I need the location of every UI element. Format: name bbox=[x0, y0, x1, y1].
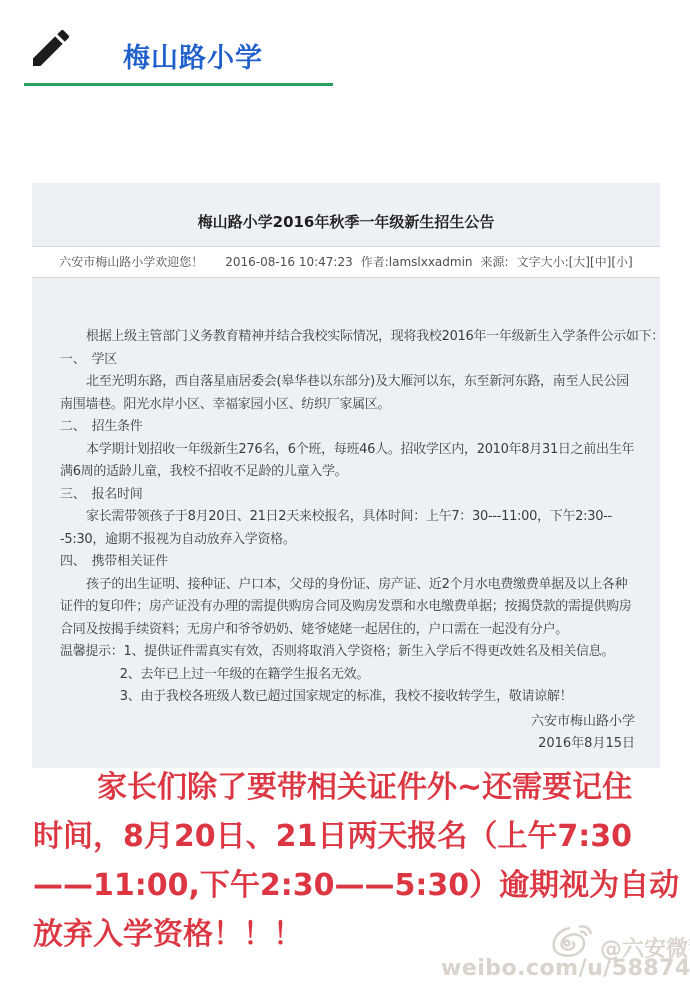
red-note-line: ——11:00,下午2:30——5:30）逾期视为自动 bbox=[33, 861, 683, 910]
school-title-link[interactable]: 梅山路小学 bbox=[123, 36, 263, 75]
font-size-medium-button[interactable]: [中] bbox=[590, 255, 611, 269]
author-label: 作者: bbox=[361, 255, 389, 269]
doc-section-heading-2: 二、 招生条件 bbox=[60, 416, 635, 439]
doc-paragraph-schedule: 家长需带领孩子于8月20日、21日2天来校报名，具体时间：上午7：30---11… bbox=[60, 506, 635, 551]
signoff-date: 2016年8月15日 bbox=[60, 733, 635, 756]
doc-paragraph-intro: 根据上级主管部门义务教育精神并结合我校实际情况，现将我校2016年一年级新生入学… bbox=[60, 326, 635, 349]
font-size-large-button[interactable]: [大] bbox=[569, 255, 590, 269]
doc-section-heading-1: 一、 学区 bbox=[60, 349, 635, 372]
author-value: lamslxxadmin bbox=[389, 255, 473, 269]
doc-paragraph-conditions: 本学期计划招收一年级新生276名，6个班，每班46人。招收学区内，2010年8月… bbox=[60, 439, 635, 484]
red-note-line: 家长们除了要带相关证件外~还需要记住 bbox=[33, 763, 683, 812]
announcement-panel: 梅山路小学2016年秋季一年级新生招生公告 六安市梅山路小学欢迎您！2016-0… bbox=[32, 183, 660, 768]
announcement-title: 梅山路小学2016年秋季一年级新生招生公告 bbox=[32, 183, 660, 232]
doc-tip-line-2: 2、去年已上过一年级的在籍学生报名无效。 bbox=[60, 664, 635, 687]
doc-paragraph-documents: 孩子的出生证明、接种证、户口本，父母的身份证、房产证、近2个月水电费缴费单据及以… bbox=[60, 574, 635, 642]
doc-paragraph-district: 北至光明东路，西自落星庙居委会(皋华巷以东部分)及大雁河以东，东至新河东路，南至… bbox=[60, 371, 635, 416]
textsize-label: 文字大小: bbox=[517, 255, 569, 269]
font-size-small-button[interactable]: [小] bbox=[611, 255, 632, 269]
announcement-body: 根据上级主管部门义务教育精神并结合我校实际情况，现将我校2016年一年级新生入学… bbox=[60, 326, 635, 709]
meta-bar: 六安市梅山路小学欢迎您！2016-08-16 10:47:23作者:lamslx… bbox=[32, 246, 660, 278]
doc-section-heading-3: 三、 报名时间 bbox=[60, 484, 635, 507]
red-note-line: 时间，8月20日、21日两天报名（上午7:30 bbox=[33, 812, 683, 861]
edit-pencil-icon[interactable] bbox=[27, 24, 75, 72]
signoff-block: 六安市梅山路小学 2016年8月15日 bbox=[60, 711, 635, 756]
title-underline-divider bbox=[24, 83, 333, 86]
welcome-text: 六安市梅山路小学欢迎您！ bbox=[59, 255, 203, 269]
doc-section-heading-4: 四、 携带相关证件 bbox=[60, 551, 635, 574]
signoff-school: 六安市梅山路小学 bbox=[60, 711, 635, 734]
screenshot-root: 梅山路小学 梅山路小学2016年秋季一年级新生招生公告 六安市梅山路小学欢迎您！… bbox=[0, 0, 690, 997]
doc-tip-line-3: 3、由于我校各班级人数已超过国家规定的标准，我校不接收转学生，敬请谅解！ bbox=[60, 686, 635, 709]
doc-tip-line-1: 温馨提示：1、提供证件需真实有效，否则将取消入学资格；新生入学后不得更改姓名及相… bbox=[60, 641, 635, 664]
post-datetime: 2016-08-16 10:47:23 bbox=[225, 255, 352, 269]
source-label: 来源: bbox=[481, 255, 509, 269]
watermark-url: weibo.com/u/5887476723 bbox=[441, 956, 690, 981]
